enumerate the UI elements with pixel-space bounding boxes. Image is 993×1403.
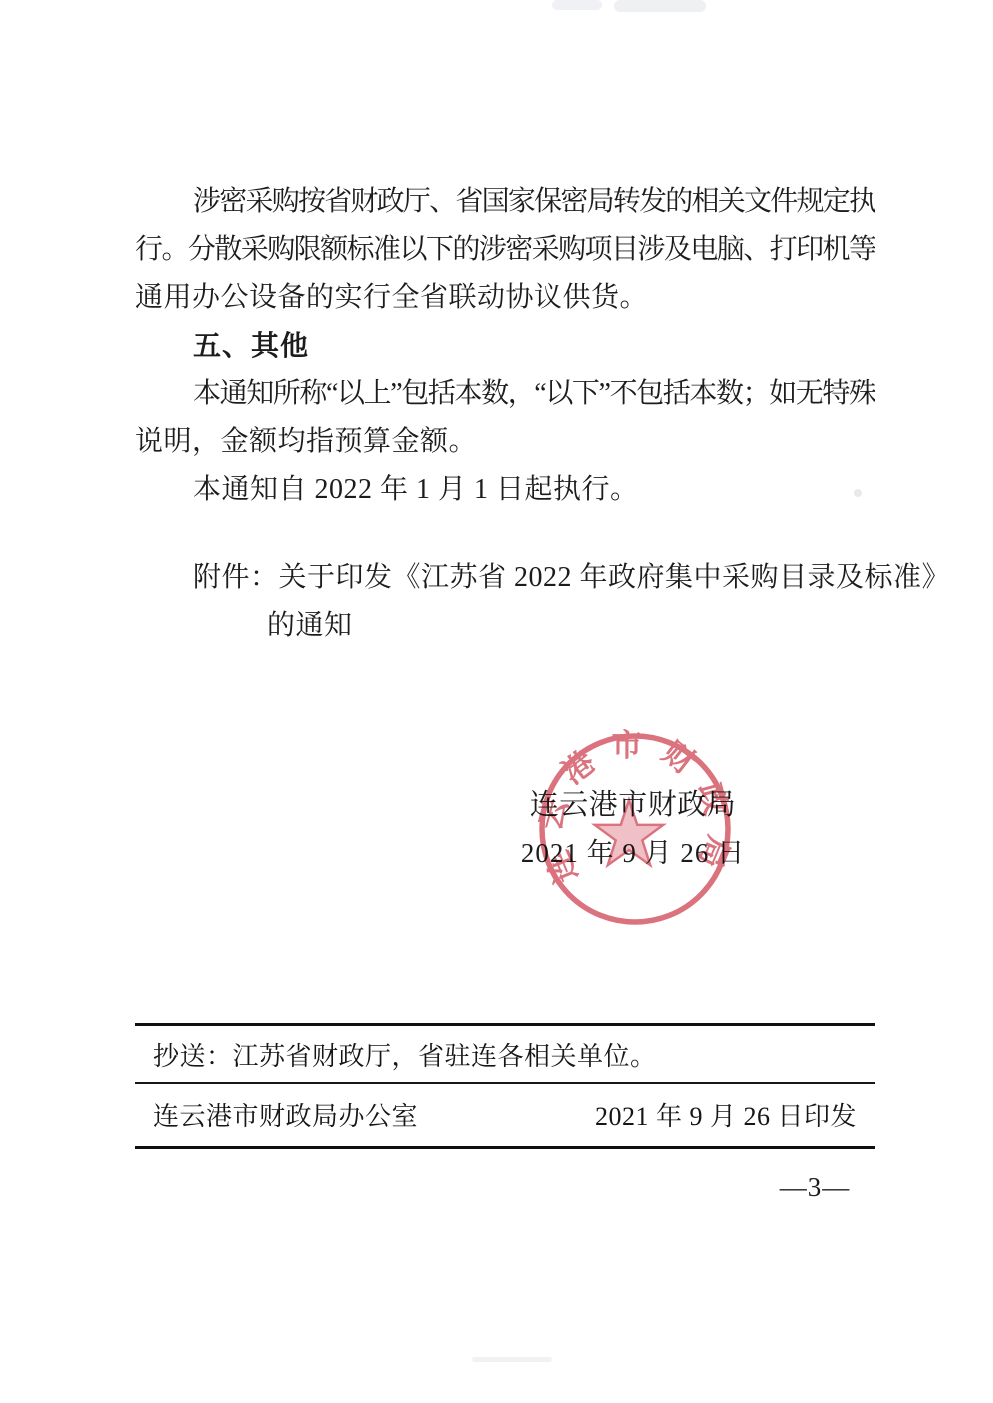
- paragraph-line: 行。分散采购限额标准以下的涉密采购项目涉及电脑、打印机等: [135, 226, 875, 274]
- cc-line: 抄送：江苏省财政厅，省驻连各相关单位。: [135, 1026, 875, 1082]
- attachment-line: 的通知: [135, 602, 875, 650]
- paragraph-line: 涉密采购按省财政厅、省国家保密局转发的相关文件规定执: [135, 178, 875, 226]
- paragraph-line: 本通知所称“以上”包括本数，“以下”不包括本数；如无特殊: [135, 370, 875, 418]
- section-heading: 五、其他: [135, 322, 875, 370]
- scan-artifact: [552, 0, 602, 10]
- scan-artifact: [472, 1357, 552, 1362]
- official-seal: 连云港市财政局: [519, 712, 751, 944]
- document-body: 涉密采购按省财政厅、省国家保密局转发的相关文件规定执 行。分散采购限额标准以下的…: [135, 178, 875, 650]
- issuing-office: 连云港市财政局办公室: [153, 1096, 418, 1133]
- footer-rule-bottom: [135, 1146, 875, 1149]
- page-number: —3—: [745, 1172, 885, 1203]
- seal-star-icon: [595, 800, 663, 865]
- document-footer: 抄送：江苏省财政厅，省驻连各相关单位。 连云港市财政局办公室 2021 年 9 …: [135, 1023, 875, 1149]
- issuing-office-row: 连云港市财政局办公室 2021 年 9 月 26 日印发: [135, 1084, 875, 1146]
- print-date: 2021 年 9 月 26 日印发: [595, 1096, 857, 1133]
- paragraph-line: 本通知自 2022 年 1 月 1 日起执行。: [135, 466, 875, 514]
- blank-line: [135, 514, 875, 554]
- paragraph-line: 通用办公设备的实行全省联动协议供货。: [135, 274, 875, 322]
- seal-ring-text: 连云港市财政局: [532, 728, 737, 888]
- attachment-line: 附件：关于印发《江苏省 2022 年政府集中采购目录及标准》: [135, 554, 875, 602]
- scan-artifact: [614, 0, 706, 12]
- paragraph-line: 说明，金额均指预算金额。: [135, 418, 875, 466]
- document-page: 涉密采购按省财政厅、省国家保密局转发的相关文件规定执 行。分散采购限额标准以下的…: [0, 0, 993, 1403]
